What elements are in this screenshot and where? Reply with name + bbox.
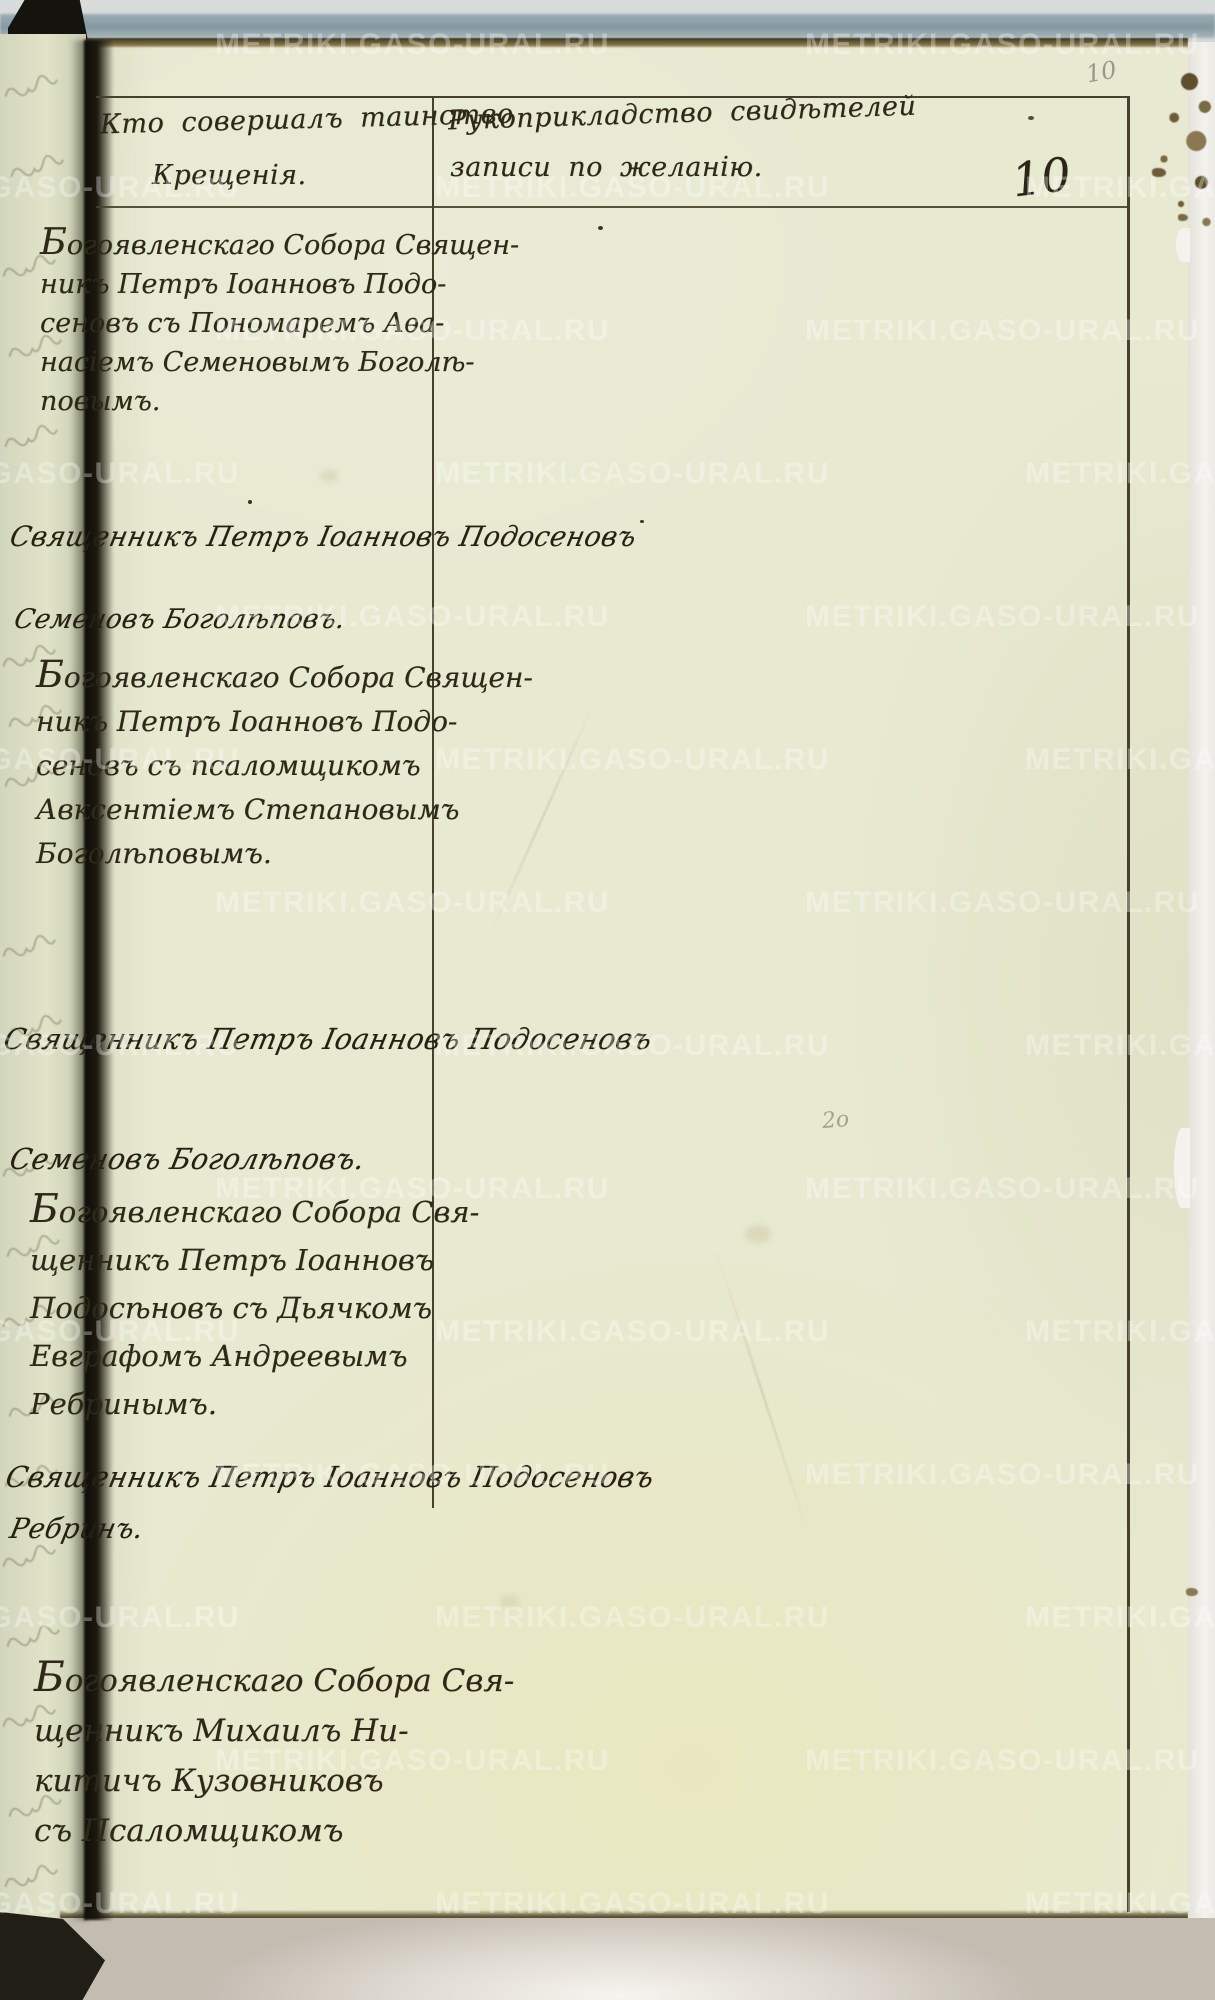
table-right-rule: [1127, 96, 1130, 1912]
baptism-officiant-entry: Богоявленскаго Собора Священ- никъ Петръ…: [36, 652, 533, 876]
entry-line: Евграфомъ Андреевымъ: [30, 1332, 479, 1380]
witness-column-header-line2: записи по желанію.: [450, 152, 763, 183]
entry-line: Авксентіемъ Степановымъ: [36, 788, 533, 832]
entry-line: китичъ Кузовниковъ: [34, 1756, 514, 1806]
ink-speck: [598, 226, 603, 230]
entry-line: Богоявленскаго Собора Священ-: [36, 652, 533, 700]
entry-line: сеновъ съ псаломщикомъ: [36, 744, 533, 788]
ink-speck: [640, 520, 644, 523]
entry-line: Богоявленскаго Собора Свя-: [30, 1186, 479, 1236]
torn-edge-notch: [1174, 1128, 1190, 1208]
entry-line: щенникъ Петръ Іоанновъ: [30, 1236, 479, 1284]
torn-edge-notch: [1176, 228, 1190, 262]
officiant-signature: Священникъ Петръ Іоанновъ Подосеновъ: [3, 1460, 658, 1494]
clerk-signature: Семеновъ Боголѣповъ.: [7, 1142, 369, 1176]
ink-speck: [1028, 116, 1034, 120]
fox-spot: [320, 470, 338, 482]
table-top-rule: [96, 96, 1127, 98]
officiant-column-header-line2: Крещенія.: [152, 160, 307, 191]
officiant-signature: Священникъ Петръ Іоанновъ Подосеновъ: [7, 520, 640, 553]
paper-crumb: [1178, 214, 1188, 221]
entry-line: Богоявленскаго Собора Свя-: [34, 1652, 514, 1706]
scanner-backing-bottom: [0, 1918, 1215, 2000]
book-edge-band: [0, 14, 1215, 38]
entry-line: съ Псаломщикомъ: [34, 1806, 514, 1856]
ink-speck: [248, 500, 252, 504]
baptism-officiant-entry: Богоявленскаго Собора Священ- никъ Петръ…: [40, 222, 519, 421]
baptism-officiant-entry: Богоявленскаго Собора Свя- щенникъ Петръ…: [30, 1186, 479, 1428]
clerk-signature: Ребринъ.: [7, 1512, 147, 1545]
entry-line: никъ Петръ Іоанновъ Подо-: [36, 700, 533, 744]
fox-spot: [500, 1595, 520, 1609]
entry-line: Ребринымъ.: [30, 1380, 479, 1428]
fox-spot: [745, 1225, 771, 1243]
entry-line: повымъ.: [40, 382, 519, 421]
page-top-edge: [86, 38, 1188, 48]
document-scan: 10 10 2o Кто совершалъ таинство Крещенія…: [0, 0, 1215, 2000]
entry-line: Подосѣновъ съ Дьячкомъ: [30, 1284, 479, 1332]
margin-pencil-note: 2o: [821, 1107, 850, 1134]
entry-line: сеновъ съ Пономаремъ Аѳа-: [40, 304, 519, 343]
officiant-signature: Священникъ Петръ Іоанновъ Подосеновъ: [1, 1022, 656, 1056]
paper-crumb: [1152, 168, 1166, 177]
entry-line: насіемъ Семеновымъ Боголѣ-: [40, 343, 519, 382]
baptism-officiant-entry: Богоявленскаго Собора Свя- щенникъ Михаи…: [34, 1652, 514, 1856]
pencil-page-number: 10: [1084, 56, 1119, 89]
scanner-backing-right: [1188, 42, 1215, 1918]
header-separator-rule: [96, 206, 1127, 208]
ink-page-number: 10: [1009, 147, 1074, 208]
entry-line: никъ Петръ Іоанновъ Подо-: [40, 265, 519, 304]
entry-line: Боголѣповымъ.: [36, 832, 533, 876]
torn-paper-debris: [1130, 60, 1215, 240]
entry-line: Богоявленскаго Собора Священ-: [40, 222, 519, 265]
paper-crumb: [1186, 1588, 1198, 1596]
entry-line: щенникъ Михаилъ Ни-: [34, 1706, 514, 1756]
clerk-signature: Семеновъ Боголѣповъ.: [11, 604, 348, 635]
